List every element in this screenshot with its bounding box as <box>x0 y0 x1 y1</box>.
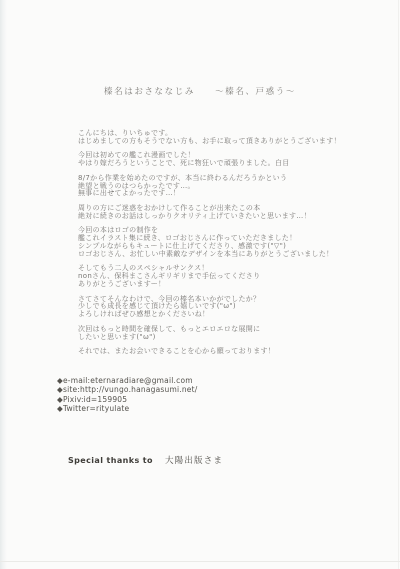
text-line: それでは、またお会いできることを心から願っております！ <box>78 348 378 356</box>
paragraph: そしてもう二人のスペシャルサンクス！nonさん、保科まこさんギリギリまで手伝って… <box>78 265 378 289</box>
afterword-body: こんにちは、りいちゅです。はじめましての方もそうでない方も、お手に取って頂きあり… <box>78 130 378 362</box>
text-line: したいと思います("ω") <box>78 334 378 342</box>
paragraph: 8/7から作業を始めたのですが、本当に終わるんだろうかという絶望と戦うのはつらか… <box>78 175 378 199</box>
page-title: 榛名はおさななじみ ～榛名、戸惑う～ <box>0 85 400 97</box>
paragraph: こんにちは、りいちゅです。はじめましての方もそうでない方も、お手に取って頂きあり… <box>78 130 378 146</box>
text-line: よろしければぜひ感想とかくださいね！ <box>78 311 378 319</box>
scanned-afterword-page: 榛名はおさななじみ ～榛名、戸惑う～ こんにちは、りいちゅです。はじめましての方… <box>0 0 400 569</box>
text-line: ロゴおじさん、お忙しい中素敵なデザインを本当にありがとうございました！ <box>78 251 378 259</box>
text-line: 絶対に続きのお話はしっかりクオリティ上げていきたいと思います…！ <box>78 213 378 221</box>
paragraph: それでは、またお会いできることを心から願っております！ <box>78 348 378 356</box>
contact-item: ◆site:http://vungo.hanagasumi.net/ <box>57 385 198 394</box>
text-line: はじめましての方もそうでない方も、お手に取って頂きありがとうございます！ <box>78 138 378 146</box>
paragraph: 次回はもっと時間を確保して、もっとエロエロな展開にしたいと思います("ω") <box>78 326 378 342</box>
paragraph: 今回の本はロゴの制作を艦これイラスト集に続き、ロゴおじさんに作っていただきました… <box>78 227 378 259</box>
text-line: やはり嫁だろうということで、死に物狂いで頑張りました。白目 <box>78 160 378 168</box>
contact-item: ◆e-mail:eternaradiare@gmail.com <box>57 376 198 385</box>
contact-item: ◆Twitter=rityulate <box>57 404 198 413</box>
special-thanks-label: Special thanks to <box>68 456 153 465</box>
text-line: ありがとうございますー！ <box>78 281 378 289</box>
paragraph: 今回は初めての艦これ漫画でした！やはり嫁だろうということで、死に物狂いで頑張りま… <box>78 152 378 168</box>
special-thanks: Special thanks to大陽出版さま <box>68 448 223 467</box>
text-line: 無事に出せてよかったです…！ <box>78 190 378 198</box>
paragraph: さてさてそんなわけで、今回の榛名本いかがでしたか？少しでも成長を感じて頂けたら嬉… <box>78 296 378 320</box>
special-thanks-name: 大陽出版さま <box>165 456 223 466</box>
paragraph: 周りの方にご迷惑をおかけして作ることが出来たこの本絶対に続きのお話はしっかりクオ… <box>78 205 378 221</box>
contact-item: ◆Pixiv:id=159905 <box>57 395 198 404</box>
contact-info-list: ◆e-mail:eternaradiare@gmail.com◆site:htt… <box>57 376 198 414</box>
scan-edge-bottom <box>0 561 400 562</box>
